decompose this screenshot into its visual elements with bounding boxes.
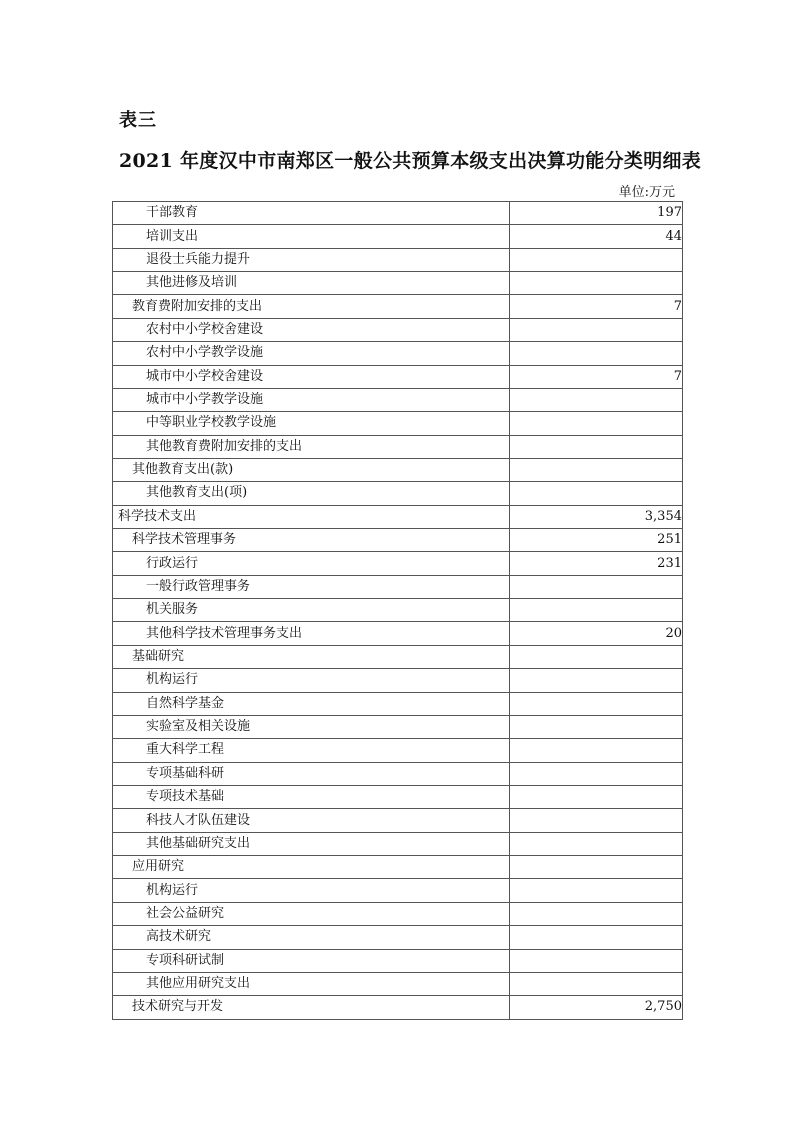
table-row: 科学技术支出3,354 <box>113 505 683 528</box>
expenditure-table: 干部教育197培训支出44退役士兵能力提升其他进修及培训教育费附加安排的支出7农… <box>112 201 683 1020</box>
table-row: 其他应用研究支出 <box>113 972 683 995</box>
table-row: 科技人才队伍建设 <box>113 809 683 832</box>
table-row: 农村中小学校舍建设 <box>113 318 683 341</box>
item-amount <box>510 832 683 855</box>
item-name: 农村中小学校舍建设 <box>113 318 510 341</box>
table-row: 社会公益研究 <box>113 902 683 925</box>
item-name: 基础研究 <box>113 645 510 668</box>
table-row: 专项技术基础 <box>113 785 683 808</box>
item-amount: 251 <box>510 529 683 552</box>
item-name: 机构运行 <box>113 879 510 902</box>
item-name: 科技人才队伍建设 <box>113 809 510 832</box>
table-row: 专项基础科研 <box>113 762 683 785</box>
table-row: 机构运行 <box>113 879 683 902</box>
item-amount <box>510 739 683 762</box>
item-amount <box>510 575 683 598</box>
item-amount <box>510 715 683 738</box>
item-name: 培训支出 <box>113 225 510 248</box>
item-name: 退役士兵能力提升 <box>113 248 510 271</box>
item-name: 中等职业学校教学设施 <box>113 412 510 435</box>
item-amount <box>510 856 683 879</box>
table-row: 教育费附加安排的支出7 <box>113 295 683 318</box>
item-amount: 20 <box>510 622 683 645</box>
table-row: 城市中小学教学设施 <box>113 388 683 411</box>
item-name: 其他科学技术管理事务支出 <box>113 622 510 645</box>
item-name: 其他基础研究支出 <box>113 832 510 855</box>
item-amount <box>510 949 683 972</box>
item-amount <box>510 669 683 692</box>
table-row: 城市中小学校舍建设7 <box>113 365 683 388</box>
item-name: 科学技术管理事务 <box>113 529 510 552</box>
item-name: 其他教育支出(款) <box>113 458 510 481</box>
item-amount <box>510 482 683 505</box>
table-row: 基础研究 <box>113 645 683 668</box>
item-amount: 7 <box>510 365 683 388</box>
document-title: 2021 年度汉中市南郑区一般公共预算本级支出决算功能分类明细表 <box>119 146 701 173</box>
table-row: 农村中小学教学设施 <box>113 342 683 365</box>
item-amount: 2,750 <box>510 996 683 1019</box>
table-row: 高技术研究 <box>113 926 683 949</box>
unit-label: 单位:万元 <box>619 181 675 200</box>
item-amount <box>510 972 683 995</box>
item-amount <box>510 762 683 785</box>
item-name: 城市中小学校舍建设 <box>113 365 510 388</box>
table-label: 表三 <box>119 106 157 132</box>
table-row: 其他教育支出(款) <box>113 458 683 481</box>
item-name: 应用研究 <box>113 856 510 879</box>
item-amount: 197 <box>510 202 683 225</box>
item-name: 教育费附加安排的支出 <box>113 295 510 318</box>
table-row: 干部教育197 <box>113 202 683 225</box>
item-name: 社会公益研究 <box>113 902 510 925</box>
table-row: 重大科学工程 <box>113 739 683 762</box>
item-amount: 7 <box>510 295 683 318</box>
table-row: 其他教育支出(项) <box>113 482 683 505</box>
item-amount <box>510 879 683 902</box>
item-name: 实验室及相关设施 <box>113 715 510 738</box>
item-name: 机关服务 <box>113 599 510 622</box>
table-row: 一般行政管理事务 <box>113 575 683 598</box>
item-name: 其他教育费附加安排的支出 <box>113 435 510 458</box>
item-name: 专项技术基础 <box>113 785 510 808</box>
item-amount <box>510 342 683 365</box>
item-amount <box>510 248 683 271</box>
item-amount <box>510 692 683 715</box>
item-name: 技术研究与开发 <box>113 996 510 1019</box>
item-name: 专项基础科研 <box>113 762 510 785</box>
table-row: 自然科学基金 <box>113 692 683 715</box>
table-row: 行政运行231 <box>113 552 683 575</box>
table-row: 机构运行 <box>113 669 683 692</box>
item-name: 专项科研试制 <box>113 949 510 972</box>
item-amount: 44 <box>510 225 683 248</box>
table-row: 其他教育费附加安排的支出 <box>113 435 683 458</box>
table-row: 其他科学技术管理事务支出20 <box>113 622 683 645</box>
table-row: 机关服务 <box>113 599 683 622</box>
item-name: 自然科学基金 <box>113 692 510 715</box>
item-amount <box>510 785 683 808</box>
table-row: 技术研究与开发2,750 <box>113 996 683 1019</box>
table-row: 其他基础研究支出 <box>113 832 683 855</box>
item-name: 其他应用研究支出 <box>113 972 510 995</box>
table-row: 其他进修及培训 <box>113 272 683 295</box>
item-amount <box>510 272 683 295</box>
item-name: 城市中小学教学设施 <box>113 388 510 411</box>
item-amount <box>510 599 683 622</box>
item-name: 行政运行 <box>113 552 510 575</box>
item-amount <box>510 809 683 832</box>
item-name: 机构运行 <box>113 669 510 692</box>
item-amount <box>510 388 683 411</box>
table-row: 培训支出44 <box>113 225 683 248</box>
item-name: 其他进修及培训 <box>113 272 510 295</box>
item-amount <box>510 645 683 668</box>
item-name: 重大科学工程 <box>113 739 510 762</box>
item-name: 高技术研究 <box>113 926 510 949</box>
item-amount <box>510 458 683 481</box>
table-row: 中等职业学校教学设施 <box>113 412 683 435</box>
item-amount <box>510 902 683 925</box>
table-body: 干部教育197培训支出44退役士兵能力提升其他进修及培训教育费附加安排的支出7农… <box>113 202 683 1020</box>
item-amount: 3,354 <box>510 505 683 528</box>
table-row: 科学技术管理事务251 <box>113 529 683 552</box>
item-amount <box>510 926 683 949</box>
item-amount <box>510 318 683 341</box>
item-name: 农村中小学教学设施 <box>113 342 510 365</box>
item-name: 干部教育 <box>113 202 510 225</box>
item-amount <box>510 412 683 435</box>
item-amount <box>510 435 683 458</box>
table-row: 应用研究 <box>113 856 683 879</box>
table-row: 退役士兵能力提升 <box>113 248 683 271</box>
item-name: 一般行政管理事务 <box>113 575 510 598</box>
table-row: 专项科研试制 <box>113 949 683 972</box>
item-name: 其他教育支出(项) <box>113 482 510 505</box>
item-name: 科学技术支出 <box>113 505 510 528</box>
table-row: 实验室及相关设施 <box>113 715 683 738</box>
item-amount: 231 <box>510 552 683 575</box>
